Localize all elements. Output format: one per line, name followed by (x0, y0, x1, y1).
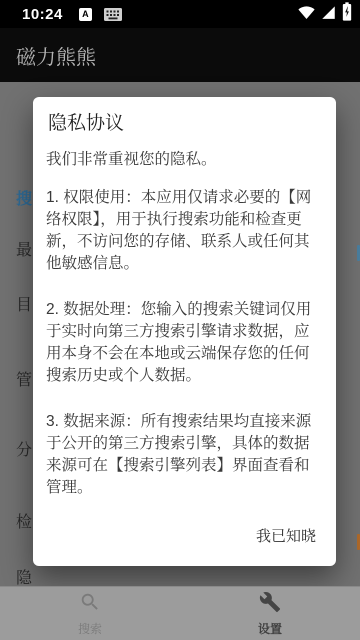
settings-item-partial: 检 (16, 509, 32, 532)
tab-search-label: 搜索 (78, 620, 102, 637)
dialog-title: 隐私协议 (48, 111, 323, 137)
tab-search[interactable]: 搜索 (0, 587, 180, 640)
tab-settings-label: 设置 (258, 620, 282, 637)
app-bar: 磁力熊熊 (0, 28, 360, 82)
search-icon (79, 591, 101, 618)
tab-settings[interactable]: 设置 (180, 587, 360, 640)
wifi-icon (298, 5, 315, 24)
app-title: 磁力熊熊 (16, 41, 96, 70)
phone-screen: 10:24 A (0, 0, 360, 640)
clock: 10:24 (22, 6, 63, 23)
dialog-actions: 我已知晓 (254, 519, 318, 552)
status-bar: 10:24 A (0, 0, 360, 28)
cellular-signal-icon (321, 5, 336, 24)
wrench-icon (259, 591, 281, 618)
input-method-a-icon: A (79, 8, 92, 21)
dialog-paragraph-data-handling: 2. 数据处理：您输入的搜索关键词仅用于实时向第三方搜索引擎请求数据，应用本身不… (46, 299, 323, 387)
dialog-paragraph-data-source: 3. 数据来源：所有搜索结果均直接来源于公开的第三方搜索引擎，具体的数据来源可在… (46, 411, 323, 499)
settings-item-partial: 目 (16, 292, 32, 315)
settings-item-partial: 搜 (16, 186, 32, 209)
settings-item-partial: 管 (16, 367, 32, 390)
bottom-nav: 搜索 设置 (0, 586, 360, 640)
keyboard-icon (104, 8, 122, 21)
privacy-dialog: 隐私协议 我们非常重视您的隐私。 1. 权限使用：本应用仅请求必要的【网络权限】… (33, 97, 336, 566)
dialog-intro: 我们非常重视您的隐私。 (46, 149, 323, 171)
settings-item-partial: 最 (16, 237, 32, 260)
settings-item-partial: 隐 (16, 565, 32, 588)
settings-item-partial: 分 (16, 437, 32, 460)
acknowledge-button[interactable]: 我已知晓 (254, 519, 318, 552)
dialog-paragraph-permissions: 1. 权限使用：本应用仅请求必要的【网络权限】，用于执行搜索功能和检查更新，不访… (46, 187, 323, 275)
battery-charging-icon (342, 2, 352, 26)
